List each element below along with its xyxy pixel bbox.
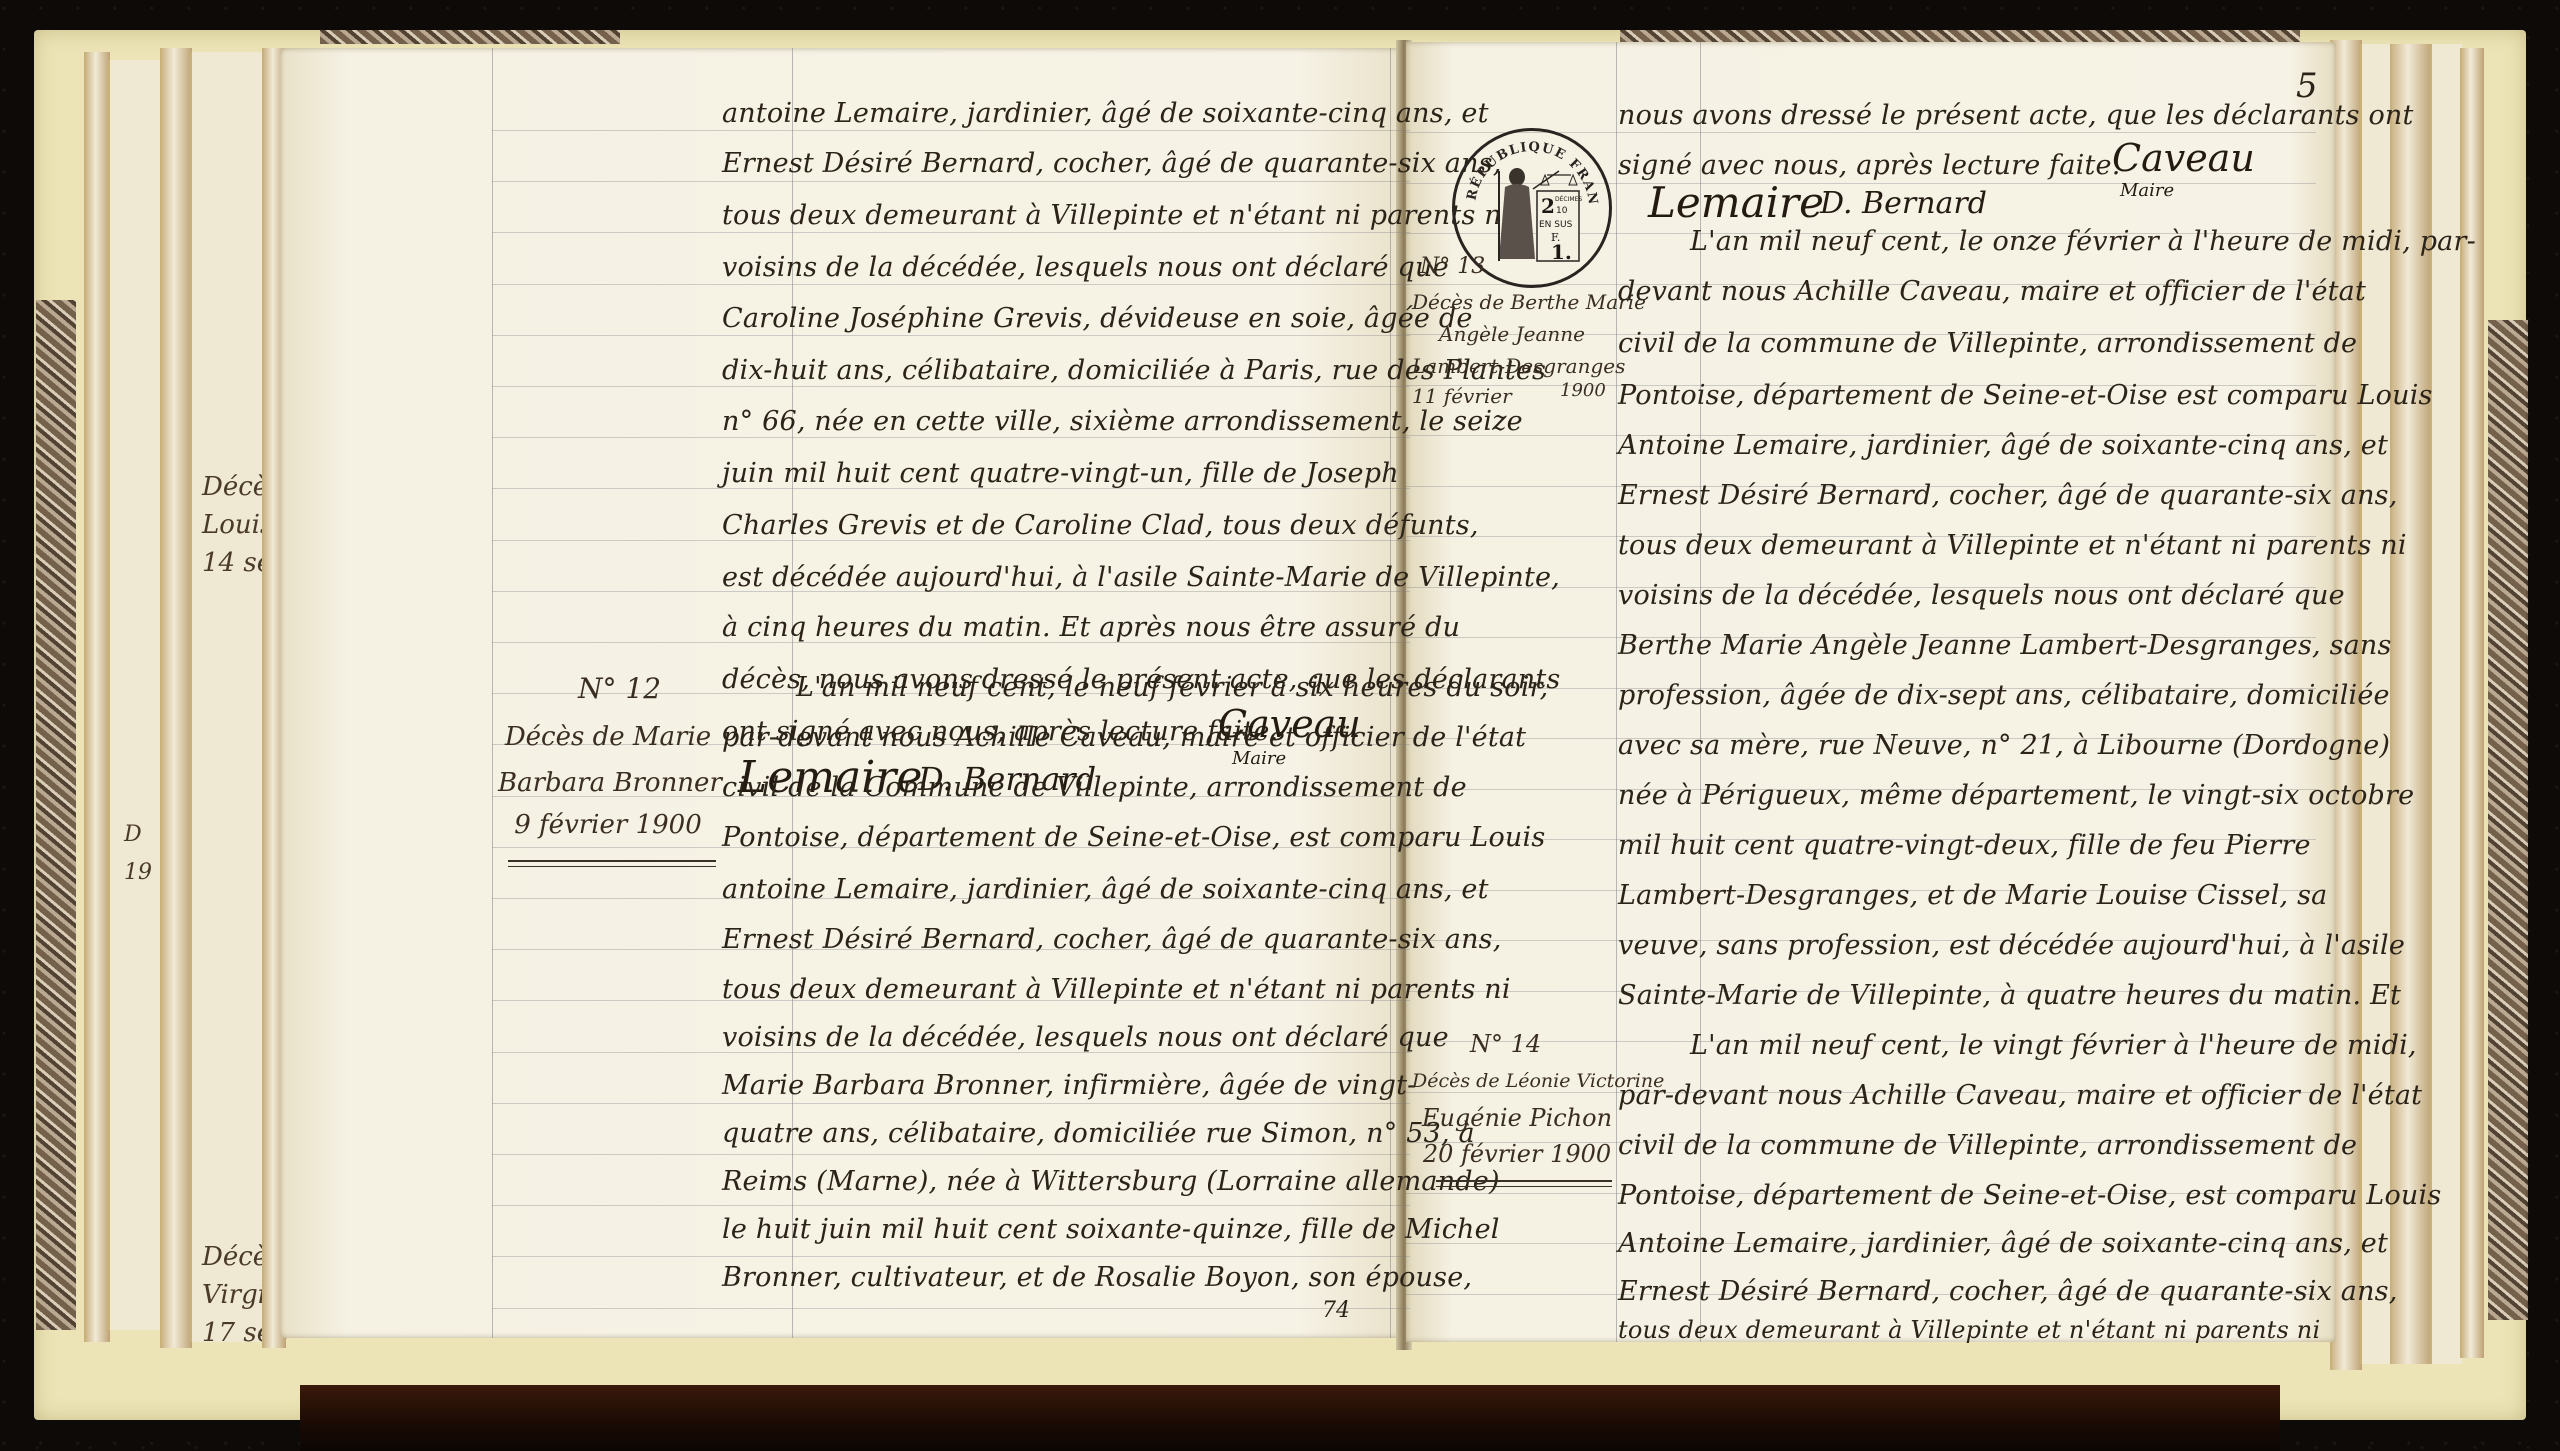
text-line: est décédée aujourd'hui, à l'asile Saint… (722, 562, 1560, 593)
text-line: L'an mil neuf cent, le onze février à l'… (1690, 226, 2476, 257)
text-line: n° 66, née en cette ville, sixième arron… (722, 406, 1523, 437)
entry-margin-date: 9 février 1900 (498, 810, 718, 840)
entry-margin-name: Angèle Jeanne (1412, 322, 1612, 346)
text-line: profession, âgée de dix-sept ans, céliba… (1618, 680, 2390, 711)
signature-mayor: Caveau (2112, 136, 2255, 180)
ruled-line (492, 437, 1410, 438)
text-line: tous deux demeurant à Villepinte et n'ét… (722, 974, 1511, 1005)
text-line: Ernest Désiré Bernard, cocher, âgé de qu… (722, 148, 1502, 179)
text-line: signé avec nous, après lecture faite. (1618, 150, 2121, 181)
ruled-line (492, 1308, 1410, 1309)
text-line: voisins de la décédée, lesquels nous ont… (1618, 580, 2345, 611)
text-line: voisins de la décédée, lesquels nous ont… (722, 252, 1449, 283)
text-line: Ernest Désiré Bernard, cocher, âgé de qu… (1618, 1276, 2398, 1307)
text-line: tous deux demeurant à Villepinte et n'ét… (722, 200, 1511, 231)
text-line: juin mil huit cent quatre-vingt-un, fill… (722, 458, 1399, 489)
stack-tab-text: D19 (124, 740, 152, 968)
stack-page-4[interactable]: D19 (108, 60, 162, 1330)
text-line: par-devant nous Achille Caveau, maire et… (722, 722, 1526, 753)
text-line: civil de la Commune de Villepinte, arron… (722, 772, 1467, 803)
text-line: civil de la commune de Villepinte, arron… (1618, 328, 2357, 359)
marbled-cover-right (2488, 320, 2528, 1320)
text-line: Pontoise, département de Seine-et-Oise e… (1618, 380, 2433, 411)
text-line: L'an mil neuf cent, le neuf février à si… (796, 672, 1548, 703)
entry-margin-date: 11 février (1412, 384, 1512, 408)
text-line: veuve, sans profession, est décédée aujo… (1618, 930, 2405, 961)
page-edge (160, 48, 192, 1348)
text-line: avec sa mère, rue Neuve, n° 21, à Libour… (1618, 730, 2390, 761)
ruled-line (492, 1103, 1410, 1104)
text-line: née à Périgueux, même département, le vi… (1618, 780, 2414, 811)
entry-separator (508, 860, 716, 867)
svg-text:1.: 1. (1551, 240, 1572, 264)
text-line: Bronner, cultivateur, et de Rosalie Boyo… (722, 1262, 1472, 1293)
entry-separator (1436, 1180, 1612, 1187)
ruled-line (492, 335, 1410, 336)
text-line: à cinq heures du matin. Et après nous êt… (722, 612, 1460, 643)
signature-mayor-title: Maire (2120, 180, 2174, 201)
text-line: Lambert-Desgranges, et de Marie Louise C… (1618, 880, 2327, 911)
text-line: Marie Barbara Bronner, infirmière, âgée … (722, 1070, 1416, 1101)
text-line: Reims (Marne), née à Wittersburg (Lorrai… (722, 1166, 1500, 1197)
svg-text:DÉCIMES: DÉCIMES (1555, 195, 1582, 203)
entry-margin-year: 1900 (1560, 380, 1606, 401)
entry-number: N° 14 (1470, 1030, 1541, 1058)
text-line: Pontoise, département de Seine-et-Oise, … (1618, 1180, 2441, 1211)
text-line: mil huit cent quatre-vingt-deux, fille d… (1618, 830, 2311, 861)
ruled-line (492, 1205, 1410, 1206)
text-line: Ernest Désiré Bernard, cocher, âgé de qu… (722, 924, 1502, 955)
text-line: Antoine Lemaire, jardinier, âgé de soixa… (1618, 430, 2388, 461)
ruled-line (492, 1154, 1410, 1155)
ruled-line (492, 181, 1410, 182)
text-line: nous avons dressé le présent acte, que l… (1618, 100, 2414, 131)
text-line: Berthe Marie Angèle Jeanne Lambert-Desgr… (1618, 630, 2392, 661)
text-line: tous deux demeurant à Villepinte et n'ét… (1618, 1316, 2320, 1344)
text-line: Charles Grevis et de Caroline Clad, tous… (722, 510, 1479, 541)
text-line: quatre ans, célibataire, domiciliée rue … (722, 1118, 1475, 1149)
book-support (300, 1385, 2280, 1451)
text-line: L'an mil neuf cent, le vingt février à l… (1690, 1030, 2417, 1061)
entry-margin-name: Barbara Bronner (498, 768, 718, 798)
stack-page-3[interactable]: DécèsLouis14 se Décès dVirgini17 sep (190, 52, 264, 1342)
ruled-line (492, 1256, 1410, 1257)
text-line: tous deux demeurant à Villepinte et n'ét… (1618, 530, 2407, 561)
text-line: par-devant nous Achille Caveau, maire et… (1618, 1080, 2422, 1111)
marbled-cover-left (36, 300, 76, 1330)
svg-text:10: 10 (1556, 206, 1568, 216)
text-line: antoine Lemaire, jardinier, âgé de soixa… (722, 98, 1489, 129)
entry-number: N° 12 (578, 672, 661, 705)
text-line: antoine Lemaire, jardinier, âgé de soixa… (722, 874, 1489, 905)
entry-margin-date: 20 février 1900 (1412, 1140, 1622, 1168)
page-edge (84, 52, 110, 1342)
text-line: le huit juin mil huit cent soixante-quin… (722, 1214, 1500, 1245)
entry-margin-name: Eugénie Pichon (1412, 1104, 1622, 1132)
entry-margin-surname: Lambert-Desgranges (1412, 354, 1612, 378)
text-line: Pontoise, département de Seine-et-Oise, … (722, 822, 1545, 853)
marbled-cover-top-left (320, 30, 620, 44)
text-line: civil de la commune de Villepinte, arron… (1618, 1130, 2357, 1161)
ruled-line (492, 386, 1410, 387)
text-line: Sainte-Marie de Villepinte, à quatre heu… (1618, 980, 2401, 1011)
entry-margin-title: Décès de Léonie Victorine (1412, 1070, 1622, 1092)
ruled-line (492, 284, 1410, 285)
entry-margin-title: Décès de Berthe Marie (1412, 290, 1612, 314)
entry-number: N° 13 (1420, 254, 1485, 279)
svg-text:EN SUS: EN SUS (1539, 220, 1573, 230)
ruled-line (492, 130, 1410, 131)
text-line: Antoine Lemaire, jardinier, âgé de soixa… (1618, 1228, 2388, 1259)
text-line: Ernest Désiré Bernard, cocher, âgé de qu… (1618, 480, 2398, 511)
folio-number-left: 74 (1322, 1298, 1350, 1323)
text-line: voisins de la décédée, lesquels nous ont… (722, 1022, 1449, 1053)
signature-witness-1: Lemaire (1648, 178, 1824, 227)
signature-witness-2: D. Bernard (1820, 186, 1987, 221)
text-line: Caroline Joséphine Grevis, dévideuse en … (722, 303, 1473, 334)
svg-text:2: 2 (1541, 194, 1555, 218)
ruled-line (492, 232, 1410, 233)
text-line: devant nous Achille Caveau, maire et off… (1618, 276, 2366, 307)
entry-margin-title: Décès de Marie (498, 722, 718, 752)
